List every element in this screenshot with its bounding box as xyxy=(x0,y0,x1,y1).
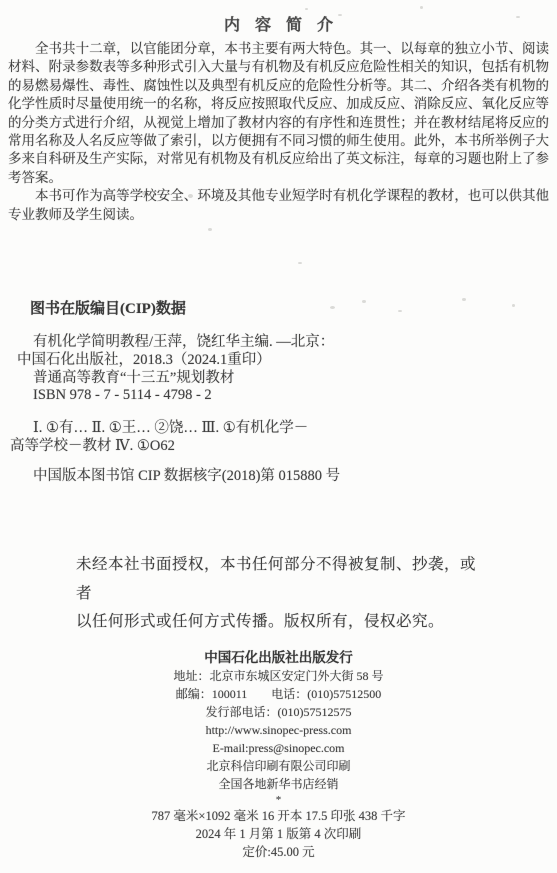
edition-line: 2024 年 1 月第 1 版第 4 次印刷 xyxy=(0,825,557,843)
scan-noise-speck xyxy=(512,304,515,307)
cip-series-line: 普通高等教育“十三五”规划教材 xyxy=(17,370,334,388)
scan-noise-speck xyxy=(352,191,358,194)
publisher-postal-phone-row: 邮编：100011 电话：(010)57512500 xyxy=(0,685,557,703)
scan-noise-speck xyxy=(330,306,335,309)
publisher-distribution-phone: 发行部电话：(010)57512575 xyxy=(0,703,557,721)
publisher-address: 地址：北京市东城区安定门外大街 58 号 xyxy=(0,667,557,685)
cip-classification-block: Ⅰ. ①有… Ⅱ. ①王… ②饶… Ⅲ. ①有机化学－ 高等学校－教材 Ⅳ. ①… xyxy=(10,420,308,456)
separator-star: * xyxy=(0,793,557,807)
scan-noise-speck xyxy=(252,190,256,193)
scan-noise-speck xyxy=(142,192,146,195)
scan-noise-speck xyxy=(305,8,308,10)
scan-noise-speck xyxy=(302,195,305,198)
scan-noise-speck xyxy=(516,16,520,18)
scan-noise-speck xyxy=(472,193,476,196)
copyright-notice: 未经本社书面授权，本书任何部分不得被复制、抄袭，或者 以任何形式或任何方式传播。… xyxy=(76,551,476,637)
cip-data-block: 有机化学简明教程/王萍，饶红华主编. —北京： 中国石化出版社，2018.3（2… xyxy=(17,334,334,405)
intro-section: 全书共十二章，以官能团分章，本书主要有两大特色。其一、以每章的独立小节、阅读材料… xyxy=(8,40,549,224)
page-title: 内容简介 xyxy=(0,12,557,35)
price-line: 定价:45.00 元 xyxy=(0,843,557,861)
scan-noise-speck xyxy=(298,262,302,264)
scan-noise-speck xyxy=(338,14,342,16)
scan-noise-speck xyxy=(208,228,212,231)
cip-header: 图书在版编目(CIP)数据 xyxy=(30,297,186,318)
cip-title-line: 有机化学简明教程/王萍，饶红华主编. —北京： xyxy=(17,334,334,352)
publisher-website: http://www.sinopec-press.com xyxy=(0,721,557,739)
cip-classification-line-2: 高等学校－教材 Ⅳ. ①O62 xyxy=(10,438,308,456)
scan-noise-speck xyxy=(462,298,466,301)
copyright-notice-line-1: 未经本社书面授权，本书任何部分不得被复制、抄袭，或者 xyxy=(76,551,476,608)
colophon-block: 中国石化出版社出版发行 地址：北京市东城区安定门外大街 58 号 邮编：1000… xyxy=(0,649,557,861)
cip-registry-line: 中国版本图书馆 CIP 数据核字(2018)第 015880 号 xyxy=(33,464,340,485)
scan-noise-speck xyxy=(188,194,193,198)
cip-isbn-line: ISBN 978 - 7 - 5114 - 4798 - 2 xyxy=(17,387,334,405)
book-copyright-page: 内容简介 全书共十二章，以官能团分章，本书主要有两大特色。其一、以每章的独立小节… xyxy=(0,0,557,873)
scan-noise-speck xyxy=(398,310,402,312)
cip-publisher-line: 中国石化出版社，2018.3（2024.1重印） xyxy=(17,352,334,370)
scan-noise-speck xyxy=(398,188,402,191)
scan-noise-speck xyxy=(362,300,366,303)
publisher-name: 中国石化出版社出版发行 xyxy=(0,649,557,667)
publisher-phone: 电话：(010)57512500 xyxy=(271,685,381,703)
format-line: 787 毫米×1092 毫米 16 开本 17.5 印张 438 千字 xyxy=(0,807,557,825)
publisher-email: E-mail:press@sinopec.com xyxy=(0,739,557,757)
cip-classification-line-1: Ⅰ. ①有… Ⅱ. ①王… ②饶… Ⅲ. ①有机化学－ xyxy=(10,420,308,438)
publisher-postal: 邮编：100011 xyxy=(176,685,248,703)
intro-paragraph-2: 本书可作为高等学校安全、环境及其他专业短学时有机化学课程的教材，也可以供其他专业… xyxy=(8,187,549,224)
printer-line: 北京科信印刷有限公司印刷 xyxy=(0,757,557,775)
distributor-line: 全国各地新华书店经销 xyxy=(0,775,557,793)
intro-paragraph-1: 全书共十二章，以官能团分章，本书主要有两大特色。其一、以每章的独立小节、阅读材料… xyxy=(8,40,549,187)
copyright-notice-line-2: 以任何形式或任何方式传播。版权所有，侵权必究。 xyxy=(76,608,476,637)
scan-noise-speck xyxy=(420,6,423,9)
